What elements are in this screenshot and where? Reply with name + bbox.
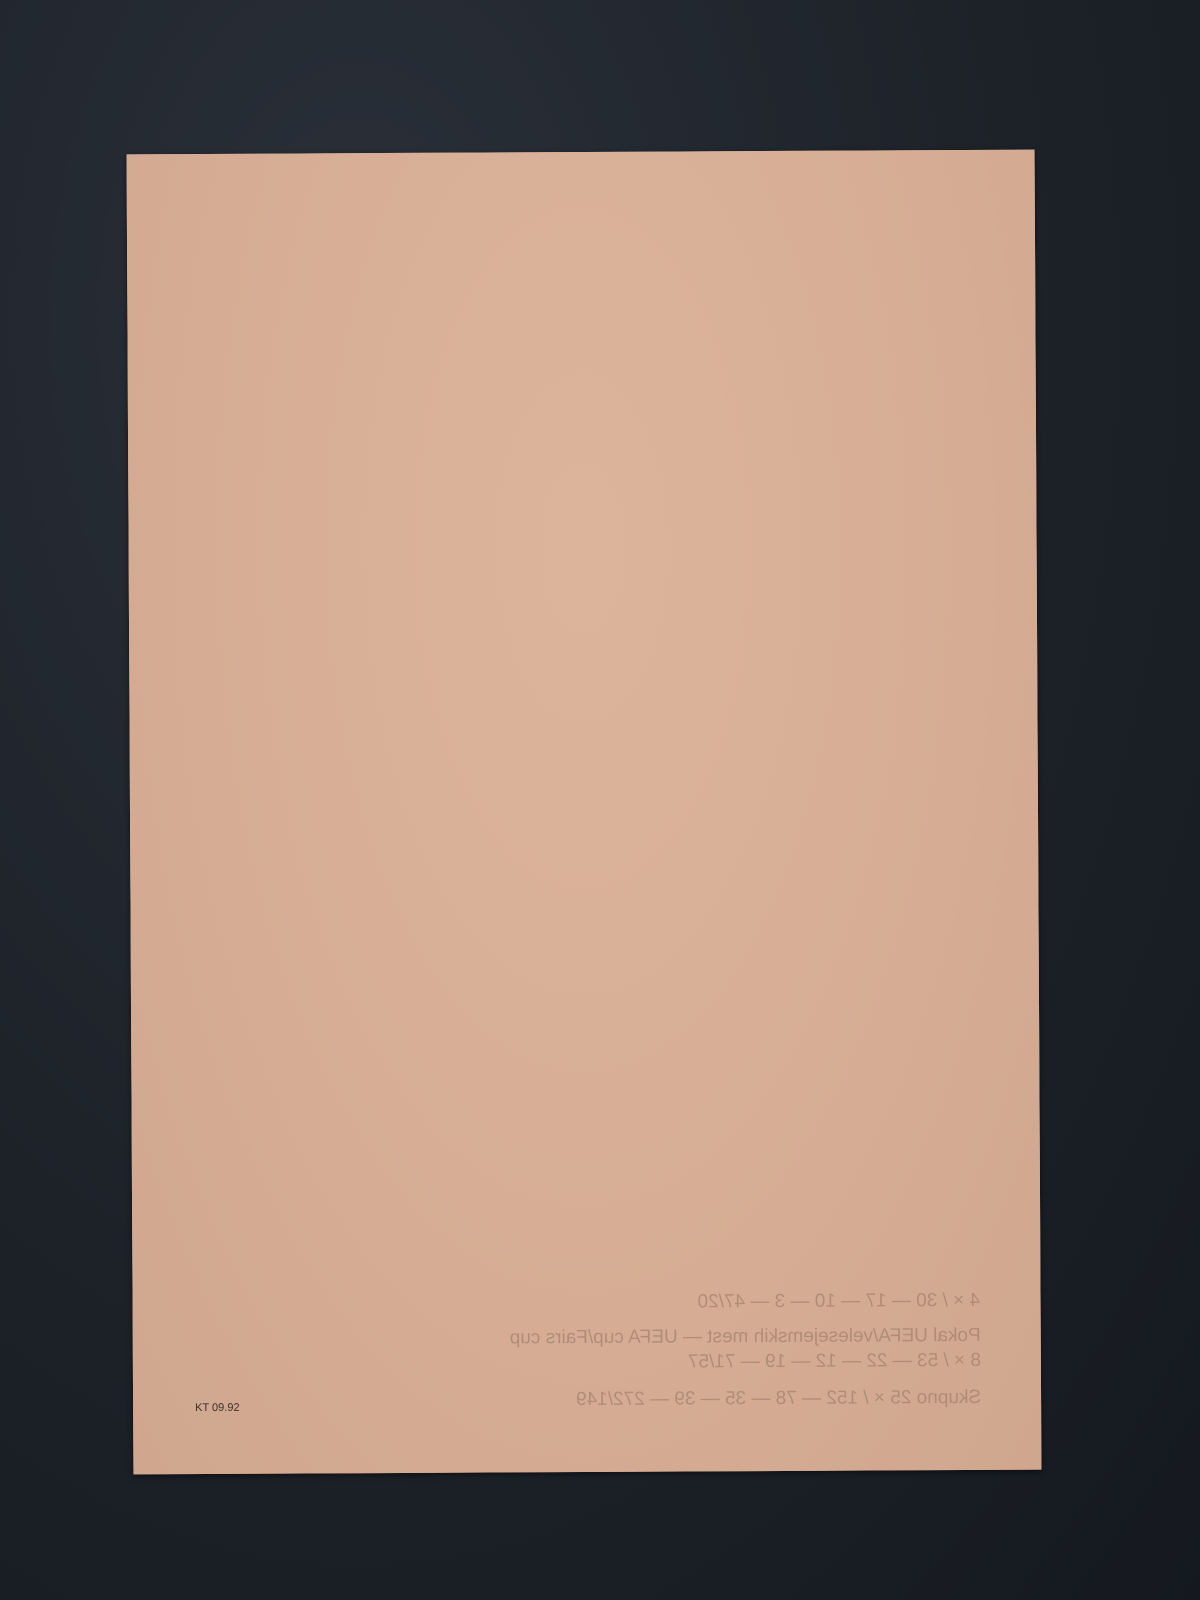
bleed-line-2: Pokal UEFA/velesejemskih mest — UEFA cup… <box>510 1325 981 1349</box>
bleed-line-3: 8 × / 53 — 22 — 12 — 19 — 71/57 <box>688 1350 981 1374</box>
print-code: KT 09.92 <box>195 1402 240 1414</box>
bleed-line-4: Skupno 25 × / 152 — 78 — 35 — 39 — 272/1… <box>576 1387 981 1411</box>
bleed-line-1: 4 × / 30 — 17 — 10 — 3 — 47/20 <box>698 1290 981 1313</box>
paper-sheet: 4 × / 30 — 17 — 10 — 3 — 47/20 Pokal UEF… <box>127 150 1042 1475</box>
